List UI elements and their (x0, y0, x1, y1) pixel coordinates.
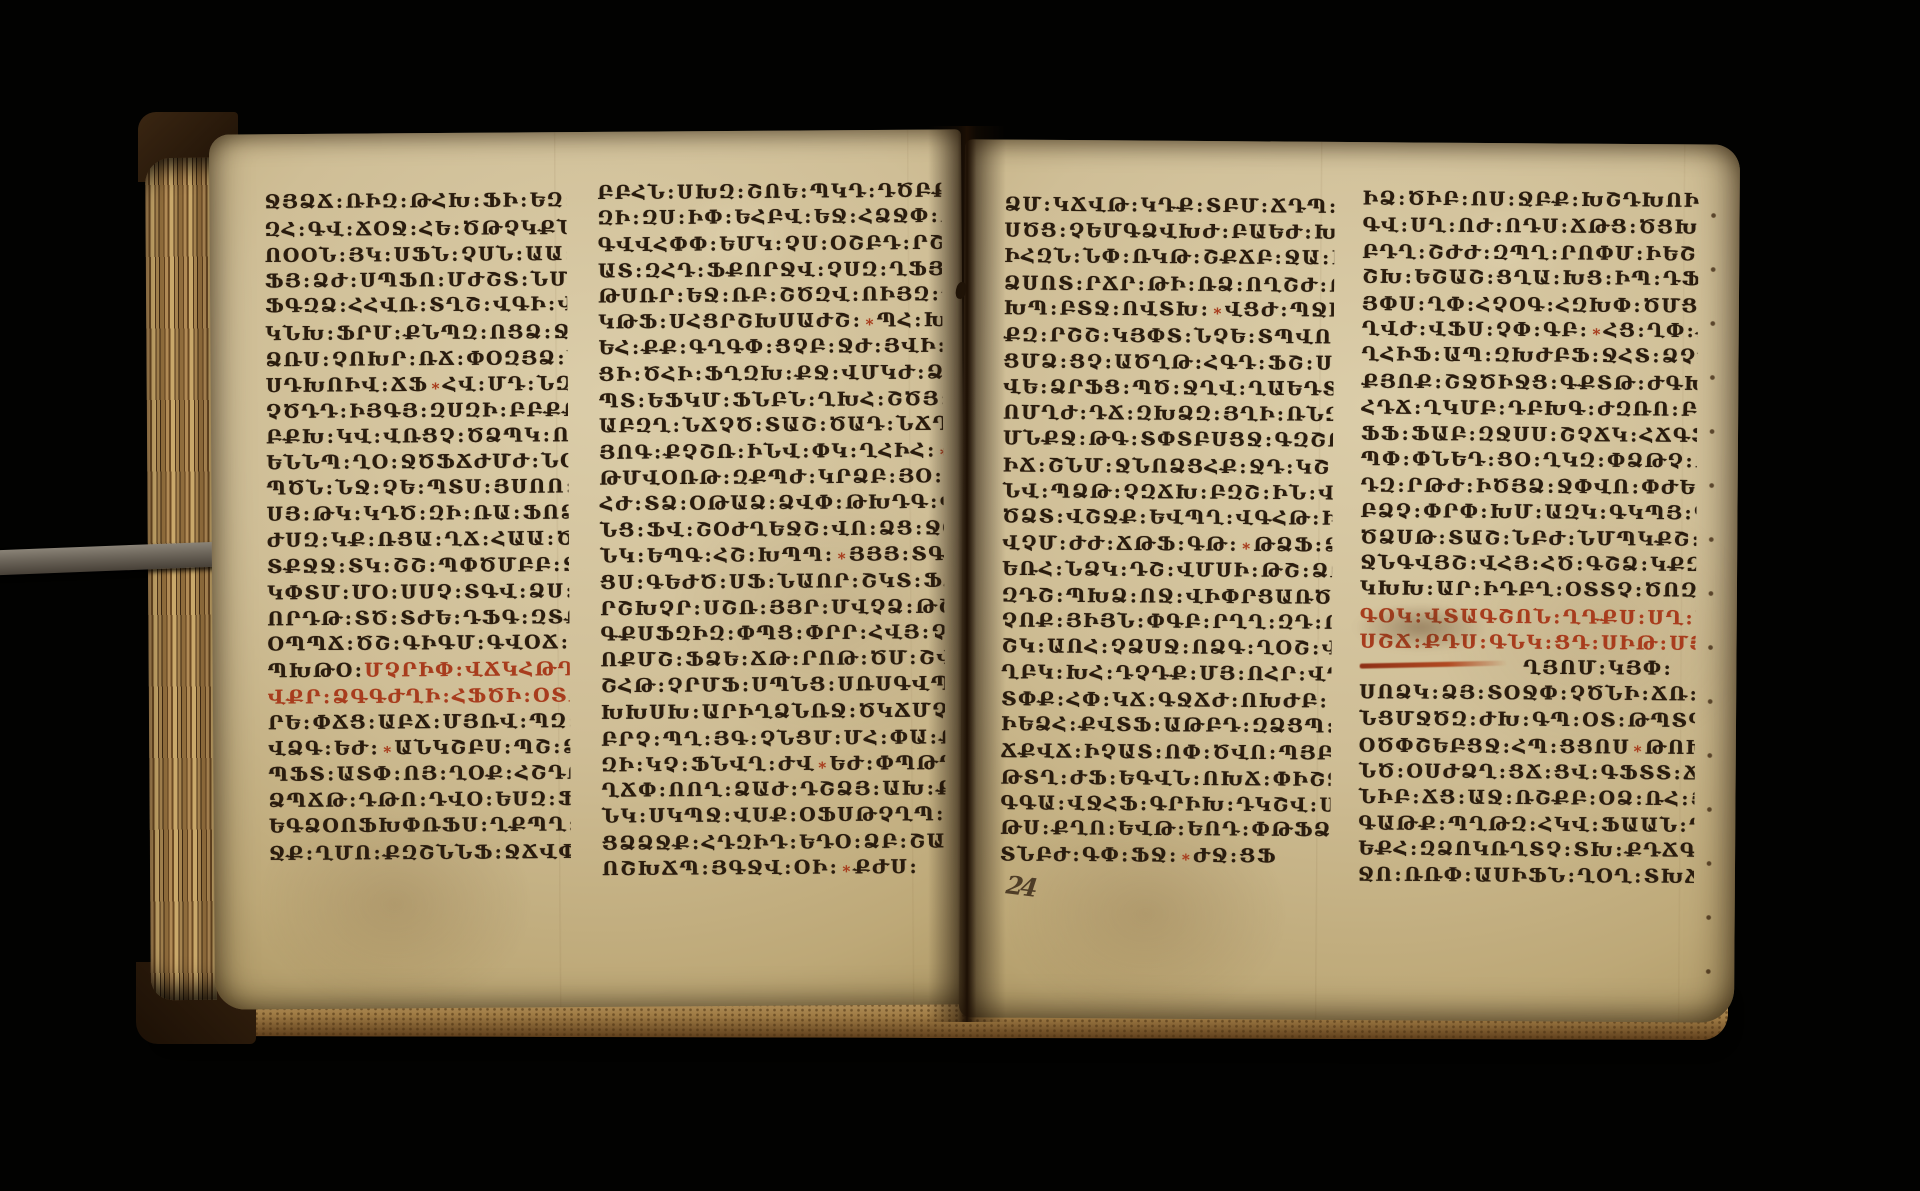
ink-text: : (783, 857, 794, 879)
ink-text: ՎՀՅ (1479, 552, 1531, 574)
ink-text: ՊՖՏ (268, 763, 326, 785)
ink-text: ԵՎԹ (1118, 818, 1177, 840)
ink-text: : (1039, 324, 1050, 346)
ink-text: ՔՋ (795, 362, 831, 384)
ink-text: ՑՍ (600, 572, 636, 594)
ink-text: ՐՃՐ (1085, 273, 1137, 295)
ink-text: ՎՄԿԺ (841, 362, 916, 385)
ink-text: : (868, 518, 879, 540)
ink-text: : (1651, 345, 1662, 367)
ink-text: ՔԶ (1004, 324, 1040, 346)
ink-text: ՕՁ (1599, 788, 1635, 810)
ink-text: ԶՔՊԺ (732, 466, 807, 489)
ink-text: ԳԻԳՄ (402, 632, 476, 655)
ink-text: : (831, 362, 842, 384)
ink-text: ՇԱՈՆ (909, 830, 946, 853)
ink-text: : (1130, 428, 1141, 450)
red-rubric-text: ∗ (862, 312, 877, 330)
text-line: ՎՔՐ:ՁԳԳԺՂԻ:ՀՖԾԻ:ՕՏԲ: (268, 683, 570, 711)
ink-text: : (1689, 683, 1696, 705)
ink-text: ԶԻ (597, 207, 631, 229)
ink-text: ՑՄՁ (1003, 350, 1059, 372)
ink-text: ՖՍ (442, 814, 480, 836)
ink-text: ԽՄ (1490, 501, 1534, 523)
ink-text: : (547, 293, 558, 315)
ink-text: ԾՁՏ (1002, 505, 1055, 527)
ink-text: ՑՉ (1069, 351, 1104, 373)
ink-text: ԳՇՁ (1586, 553, 1640, 575)
ink-text: : (1105, 662, 1116, 684)
left-page: ՋՅՁՃ:ՌԻԶ:ԹՀԽ:ՖԻ:ԵԶ:ՍԳՔ:ԶՀ:ԳՎ:ՃՕՋ:ՀԵ:ԾԹՉԿ… (209, 129, 967, 1009)
ink-text: ՊՇ (514, 736, 553, 758)
ink-text: : (1437, 813, 1448, 835)
ink-text: : (1629, 424, 1640, 446)
ink-text: : (408, 348, 419, 370)
ink-text: ՊԽՁ (1066, 585, 1129, 607)
text-line: ՐՇԽՉՐ:ՍՇՌ:ՅՅՐ:ՄՎՉՁ:ԹՇՋ: (600, 594, 944, 622)
ink-text: : (1486, 449, 1497, 471)
ink-text: ՀՇ (714, 544, 747, 566)
text-line: ԹՍՌՐ:ԵՋ:ՌԲ:ՇԾԶՎ:ՈԻՅԶ:ԴԳՖ: (598, 281, 942, 309)
ink-text: ԾԱԴ (829, 413, 886, 435)
ink-text: ՊԶ (529, 710, 567, 732)
ink-text: ԳՎ (308, 218, 345, 240)
ink-text: : (519, 189, 530, 211)
ink-text: ԺԺ (1069, 533, 1106, 555)
ink-text: : (1229, 845, 1240, 867)
ink-text: ԲՍ (468, 736, 504, 758)
ink-text: ՑՁՁ (602, 832, 655, 854)
ink-text: ՖՅ (265, 270, 302, 292)
text-line: ԹՄՎՕՌԹ:ԶՔՊԺ:ԿՐՁԲ:ՅՕ:ՍՈՋ: (599, 463, 943, 491)
ink-text: ՀՁՋՓ (859, 205, 930, 227)
ink-text: ՅՈԳ (599, 441, 653, 463)
ink-text: ՏՕՋՓ (1487, 682, 1559, 705)
ink-text: ՂՕ (353, 451, 390, 473)
ink-text: ՉՍԶ (827, 258, 879, 280)
ink-text: : (694, 363, 705, 385)
ink-text: ՓԻՇՋ (1273, 768, 1331, 790)
ink-text: ՈՎՏԽ (1122, 298, 1200, 321)
ink-text: ՏԿ (348, 555, 383, 577)
ink-text: ՁՌՍ (265, 349, 321, 371)
ink-text: ՉՈԽՐ (332, 348, 408, 371)
ink-text: ԵՀ (598, 337, 631, 359)
ink-text: : (1212, 403, 1223, 425)
text-line: ՊԽԹՕ:ՄՉՐԻՓ:ՎՃԿՀԹԴԿ:ՉՕ: (268, 656, 570, 684)
ink-text: : (341, 582, 352, 604)
ink-text: : (552, 736, 563, 758)
ink-text: : (1634, 579, 1645, 601)
text-line: ԽԽՍԽ:ԱՐԻՂՁՆՌՋ:ԾԿՃՄՉ:ՔՖ: (601, 698, 945, 726)
text-line: ԵՀ:ՔՔ:ԳՂԳՓ:ՑՉԲ:ՋԺ:ՅՎԻ:ՓԵԻ: (598, 333, 942, 361)
ink-text: ԳՎ (598, 234, 635, 256)
ink-text: : (1257, 352, 1268, 374)
red-rubric-text: ՑԴ (1554, 632, 1590, 654)
text-line: ՔՅՈՔ:ՇՋԾԻՋՑ:ԳՔՏԹ:ԺԳԽ:ՔԿՉ: (1361, 369, 1697, 397)
ink-text: : (456, 425, 467, 447)
ink-text: ԲՆ (1695, 450, 1697, 472)
ink-text: ԹՈԽ (1645, 737, 1695, 759)
ink-text: : (1130, 194, 1141, 216)
ink-text: ԲԴՂ (1362, 241, 1417, 263)
red-rubric-text: ԳՕԿ (1360, 605, 1414, 627)
ink-text: ՄՆ (1003, 427, 1042, 449)
ink-text: ՖՂԶԽ (704, 363, 784, 386)
ink-text: ԶՏՔ (531, 606, 570, 628)
ink-text: : (1102, 689, 1113, 711)
ink-text: ՔՋ (1042, 428, 1078, 450)
red-rubric-text: ∗ (815, 756, 830, 774)
ink-text: : (678, 336, 689, 358)
red-rubric-text: ∗ (1179, 848, 1194, 866)
ink-text: : (801, 440, 812, 462)
ink-text: ՂՖՅԵ (889, 258, 942, 281)
ink-text: ՅԿ (348, 244, 383, 266)
text-line: ՇՀԹ:ՉՐՄՖ:ՍՊՆՑ:ՍՌՍԳՎՊՂՊ: (601, 671, 945, 699)
ink-text: : (520, 607, 531, 629)
ink-text: : (1588, 787, 1599, 809)
ink-text: : (1262, 482, 1273, 504)
ink-text: : (1447, 215, 1458, 237)
ink-text: : (1413, 397, 1424, 419)
ink-text: ԳՂԴՌ (1694, 502, 1697, 525)
ink-text: ՕՌԹ (661, 467, 722, 489)
ink-text: ՏԱՇ (1448, 527, 1502, 549)
ink-text: : (865, 752, 876, 774)
ink-text: ՏՆԲԺ (1000, 843, 1072, 865)
ink-text: ՏԲՄ (1206, 195, 1260, 217)
ink-text: : (515, 243, 526, 265)
ink-text: ՖԱԲ (1411, 423, 1468, 445)
ink-text: ՈԽՃ (1202, 768, 1262, 790)
ink-text: : (790, 778, 801, 800)
ink-text: : (568, 813, 571, 835)
ink-text: : (1153, 714, 1164, 736)
ink-text: : (636, 545, 647, 567)
text-line: ՂՃՓ:ՈՈՂ:ՁԱԺ:ԴՇՁՅ:ԱԽ:ՔԹՖ: (601, 775, 945, 803)
ink-text: ՂՕՇ (1257, 637, 1312, 659)
ink-text: ՇՀԹ (601, 675, 657, 697)
red-rubric-text: ∗ (937, 442, 944, 460)
ink-text: : (1137, 273, 1148, 295)
ink-text: ՎՂՀՔ (558, 293, 568, 316)
red-rubric-text: ՎՃԿՀ (465, 658, 535, 680)
ink-text: : (888, 466, 899, 488)
text-column-right-2: ԻՁ:ԾԻԲ:ՈՍ:ՋԲՔ:ԽՇԴԽՈԻ:ԾՉ::·ԳՎ:ՍՂ:ՈԺ:ՈԴՍ:Ճ… (1358, 186, 1699, 890)
red-rubric-text: ∗ (839, 859, 854, 877)
ink-text: : (1121, 246, 1132, 268)
ink-text: ՁՑ (879, 517, 914, 539)
ink-text: ՖՐՄ (336, 322, 393, 344)
ink-text: : (1617, 709, 1628, 731)
ink-text: ՊՂԹԶ (1448, 813, 1528, 836)
ink-text: ԳՋՃԺ (1158, 689, 1230, 712)
ink-text: ՁԶՔ (563, 736, 571, 758)
text-line: ՋՅՁՃ:ՌԻԶ:ԹՀԽ:ՖԻ:ԵԶ:ՍԳՔ: (264, 187, 566, 215)
ink-text: : (634, 260, 645, 282)
ink-text: ՍՍՉ (400, 581, 453, 603)
ink-text: ՇԾԶՎ (779, 284, 851, 307)
ink-text: : (392, 632, 403, 654)
ink-text: ԵՆՆՊ (266, 452, 342, 475)
ink-text: ԳՎ (1362, 214, 1399, 236)
ink-text: ՀԴՃ (1361, 396, 1413, 418)
ink-text: ՂԲԿ (1001, 661, 1055, 683)
ink-text: ԱՋ (1467, 787, 1504, 809)
ink-text: ՃԹՑ (1570, 216, 1628, 238)
ink-text: ԶՍ (642, 207, 677, 229)
ink-text: ԶՊՂ (1493, 242, 1550, 264)
ink-text: : (658, 779, 669, 801)
ink-text: ՆՕԶՄ (541, 450, 568, 473)
ink-text: ՊԿԴ (810, 180, 868, 202)
red-rubric-text: ∗ (1630, 739, 1645, 757)
ink-text: ԵՊԳ (647, 545, 704, 567)
red-rubric-text: ՀՖԾԻ (452, 685, 523, 707)
ink-text: : (905, 596, 916, 618)
ink-text: ԱԲՃ (378, 711, 433, 733)
ink-text: : (1472, 578, 1483, 600)
ink-text: ԾՎՈ (1213, 742, 1268, 764)
ink-text: ՋՆՈ (1115, 455, 1170, 477)
ink-text: ԱԶԿ (1545, 501, 1599, 523)
ink-text: : (767, 492, 778, 514)
ink-text: ՖՋ (1131, 844, 1169, 866)
text-line: ՁՌՍ:ՉՈԽՐ:ՌՃ:ՓՕԶՅՁ:ՆՓԽՄ: (265, 345, 567, 373)
ink-text: : (937, 335, 943, 357)
ink-text: ՑՂԱ (1496, 267, 1552, 289)
ink-text: ՆԾ (1359, 760, 1396, 782)
ink-text: ՄԴ (487, 373, 526, 395)
ink-text: ԲՏՋ (1060, 298, 1112, 320)
ink-text: : (764, 336, 775, 358)
ink-text: : (653, 441, 664, 463)
ink-text: : (338, 295, 349, 317)
ink-text: ՔԴՃԳ (1625, 839, 1694, 862)
red-rubric-text: ՍՇՃ (1360, 630, 1413, 652)
ink-text: ՈՄՂԺ (1003, 402, 1079, 425)
ink-text: ՆՃՂՁ (896, 413, 943, 436)
ink-text: ՈԺ (1458, 215, 1495, 237)
text-line: ԽՊ:ԲՏՋ:ՈՎՏԽ:∗ՎՑԺ:ՊՋԽՌ:ՉՓ: (1004, 295, 1334, 323)
ink-text: ՄԲԲ (497, 554, 552, 576)
ink-text: : (393, 763, 404, 785)
ink-text: ԹՔ (1396, 813, 1437, 835)
ink-text: : (1413, 500, 1424, 522)
ink-text: ՄՅՌՎ (443, 710, 519, 733)
ink-text: : (1397, 188, 1408, 210)
ink-text: : (526, 373, 537, 395)
ink-text: ԻՉԱՏ (1084, 741, 1154, 763)
ink-text: : (1555, 579, 1566, 601)
ink-text: : (1599, 502, 1610, 524)
ink-text: : (1680, 788, 1691, 810)
ink-text: ԻՊ (1615, 268, 1653, 290)
ink-text: ՈԻ (1666, 190, 1699, 212)
ink-text: ԽՊ (1004, 297, 1049, 319)
ink-text: ՁՅ (1441, 682, 1476, 704)
red-rubric-text: ∗ (428, 377, 443, 395)
ink-text: ՀԴԶ (702, 832, 754, 854)
ink-text: ՏԳՎ (464, 581, 518, 603)
ink-text: : (483, 476, 494, 498)
ink-text: : (380, 374, 391, 396)
ink-text: ԴՎՕ (429, 789, 485, 811)
ink-text: : (345, 633, 356, 655)
ink-text: : (1637, 320, 1648, 342)
ink-text: : (323, 738, 334, 760)
ink-text: ՖՈՁ (523, 501, 569, 523)
ink-text: : (432, 711, 443, 733)
ink-text: : (916, 362, 927, 384)
ink-text: ԵԳՁ (269, 815, 323, 837)
ink-text: : (631, 207, 642, 229)
ink-text: : (913, 309, 924, 331)
ink-text: ՅՕ (898, 465, 934, 487)
ink-text: ՏՓՏԲ (1140, 428, 1211, 450)
ink-text: ՓԱ (890, 727, 929, 749)
ink-text: : (1104, 351, 1115, 373)
text-line: ՏՓՔ:ՀՓ:ԿՃ:ԳՋՃԺ:ՈԽԺԲ:∗ՔՄ:ԵԱ (1001, 686, 1331, 714)
ink-text: ՈԽԺԲ (1241, 690, 1319, 713)
ink-text: ԿՔԶՂ (1650, 554, 1696, 577)
ink-text: ՂՋԶՆ (1689, 815, 1694, 838)
ink-text: ՓՐՐ (805, 622, 858, 644)
ink-text: : (564, 243, 567, 265)
ink-text: ԲԲՔՔ (509, 399, 568, 421)
ink-text: ԵՋՇ (769, 518, 821, 540)
ink-text: ԿՔ (331, 529, 367, 551)
ink-text: : (1036, 635, 1047, 657)
ink-text: ՔՇ (1655, 528, 1691, 550)
ink-text: ՔՔ (642, 337, 679, 359)
ink-text: ԻՃ (1003, 454, 1038, 476)
ink-text: ԿՅՓՏ (1112, 325, 1183, 347)
ink-text: : (302, 503, 313, 525)
ink-text: : (1175, 586, 1186, 608)
ink-text: ՃՕՋ (356, 218, 409, 240)
red-rubric-text: ԵՔՁՇ (1695, 607, 1696, 629)
red-rubric-text: ԻՓ (418, 659, 455, 681)
ink-text: : (1502, 527, 1513, 549)
ink-text: ՐԵ (268, 712, 302, 734)
ink-text: : (723, 805, 734, 827)
ink-text: ՋՂՎ (1182, 377, 1238, 399)
ink-text: : (929, 491, 940, 513)
ink-text: : (1641, 683, 1652, 705)
ink-text: ՉԵՄԳ (1069, 220, 1142, 243)
ink-text: ՁԺ (313, 270, 350, 292)
text-line: ՊԾՆ:ՆՋ:ՉԵ:ՊՏՍ:ՅՍՈՈ:ՍՌՑՑ: (266, 474, 568, 502)
ink-text: ԿՉ (646, 754, 681, 776)
ink-text: : (1311, 508, 1322, 530)
ink-text: ՀՃԳՖ (1640, 425, 1697, 447)
ink-text: : (1469, 552, 1480, 574)
ink-text: ՁՍ (529, 580, 565, 602)
photo-stage: ՋՅՁՃ:ՌԻԶ:ԹՀԽ:ՖԻ:ԵԶ:ՍԳՔ:ԶՀ:ԳՎ:ՃՕՋ:ՀԵ:ԾԹՉԿ… (0, 0, 1920, 1191)
ink-text: : (372, 477, 383, 499)
ink-text: ԽՅՐ (1332, 247, 1335, 269)
ink-text: : (1279, 299, 1290, 321)
ink-text: ՅՃ (1691, 788, 1695, 810)
ink-text: : (1468, 708, 1479, 730)
ink-text: ԺԽ (1479, 708, 1522, 730)
red-rubric-text: ԳԺՂԻ (369, 685, 442, 708)
text-line: ԻՃ:ՇՆՄ:ՋՆՈՁՑՀՔ:ՋԴ:ԿՇ:ԿՎՀ: (1003, 452, 1333, 480)
ink-text: ՂՕՂ (1577, 865, 1633, 887)
ink-text: : (1187, 274, 1198, 296)
ink-text: : (637, 390, 648, 412)
ink-text: ՃԹ (750, 648, 791, 670)
ink-text: ՎՄՍԻ (1177, 559, 1251, 582)
ink-text: ԹԶԾ (1324, 612, 1332, 634)
ink-text: ՉԵ (382, 477, 416, 499)
ink-text: ՁՆՌՋ (774, 700, 848, 723)
ink-text: : (791, 648, 802, 670)
text-line: ՇԿ:ԱՈՀ:ՉՁՍՋ:ՈՁԳ:ՂՕՇ:ՎՕՍ: (1001, 633, 1331, 661)
ink-text: : (1417, 241, 1428, 263)
ink-text: : (1172, 377, 1183, 399)
ink-text: ԶՁՑՊ (1252, 715, 1326, 738)
ink-text: ՋՎ (780, 259, 817, 281)
ink-text: ՉԶՃԽ (1123, 481, 1199, 504)
ink-text: : (1200, 299, 1211, 321)
ink-text: ԾԹՉԿ (462, 217, 538, 240)
ink-text: : (543, 321, 554, 343)
ink-text: : (1305, 352, 1316, 374)
ink-text: ՖՔՈՐ (707, 259, 780, 282)
ink-text: : (479, 322, 490, 344)
ink-text: ԱՍԻ (1474, 864, 1528, 886)
ink-text: ՉՓՃ (931, 621, 944, 643)
ink-text: ԶԻ (428, 502, 462, 524)
red-rubric-text: ∗ (380, 740, 395, 758)
ink-text: : (519, 710, 530, 732)
ink-text: ՌՑԱ (377, 529, 434, 551)
ink-text: : (1230, 690, 1241, 712)
ink-text: : (1486, 267, 1497, 289)
ink-text: : (393, 322, 404, 344)
ink-text: ՇԿՏ (861, 570, 913, 592)
text-line: ՋՈ:ՌՌՓ:ԱՍԻՖՆ:ՂՕՂ:ՏԽՃԴ: (1358, 862, 1694, 890)
ink-text: : (338, 244, 349, 266)
ink-text: : (767, 753, 778, 775)
ink-text: ՀԺ (599, 493, 633, 515)
ink-text: ՆՑ (791, 674, 827, 696)
ink-text: ՆԿ (600, 545, 637, 567)
ink-text: : (1298, 663, 1309, 685)
ink-text: ՋՌ (553, 321, 567, 343)
text-line: ԱԲԶՂ:ՆՃՉԾ:ՏԱՇ:ԾԱԴ:ՆՃՂՁ:ՑՎԴՊ: (599, 411, 943, 439)
ink-text: ՄՎՉՁ (831, 596, 905, 619)
ink-text: : (354, 660, 365, 682)
ink-text: ՕԾՓՇ (1359, 735, 1433, 758)
ink-text: : (902, 232, 913, 254)
ink-text: ՕԹ (689, 492, 730, 514)
ink-text: : (1559, 682, 1570, 704)
ink-text: : (1531, 553, 1542, 575)
ink-text: ՖԻ (483, 189, 520, 211)
ink-text: : (1202, 611, 1213, 633)
ink-text: : (638, 805, 649, 827)
ink-text: : (672, 415, 683, 437)
ink-text: : (1331, 457, 1333, 479)
ink-text: ԳՎՅՇ (1396, 552, 1468, 575)
ink-text: ՓՆԵԴ (1412, 448, 1487, 471)
text-line: ԲՐՉ:ՊՂ:ՅԳ:ՉՆՑՄ:ՄՀ:ՓԱ:ՔԹԻՑ: (601, 724, 945, 752)
ink-text: : (652, 728, 663, 750)
